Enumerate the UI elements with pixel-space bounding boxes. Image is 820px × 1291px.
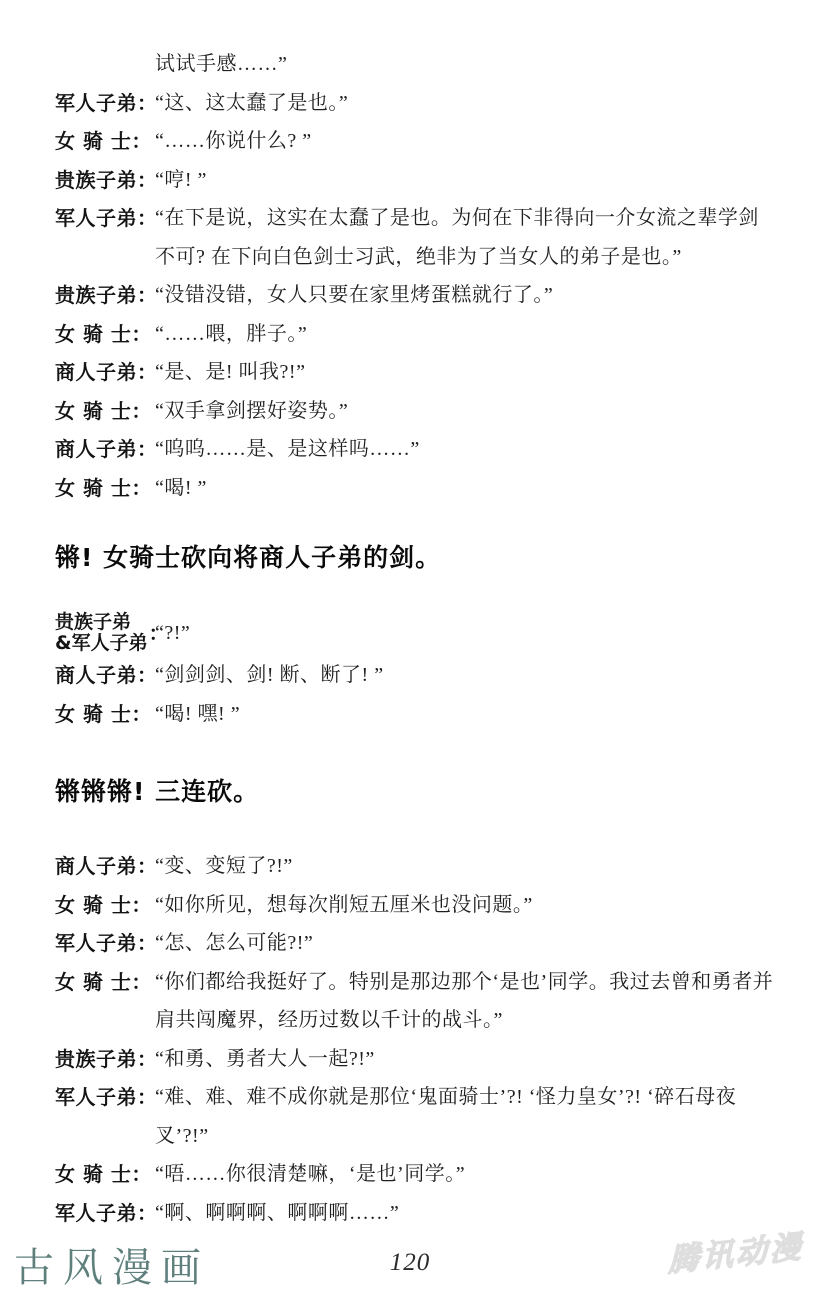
speaker-name: 女 骑 士： <box>55 1155 155 1194</box>
dialogue-content: 试试手感……”军人子弟：“这、这太蠢了是也。”女 骑 士：“……你说什么? ”贵… <box>0 0 820 1232</box>
dialogue-text: 试试手感……” <box>155 45 777 84</box>
dialogue-row: 女 骑 士：“你们都给我挺好了。特别是那边那个‘是也’同学。我过去曾和勇者并肩共… <box>55 963 777 1040</box>
speaker-name-lines: 贵族子弟&军人子弟 <box>55 612 148 654</box>
dialogue-block: 商人子弟：“变、变短了?!”女 骑 士：“如你所见，想每次削短五厘米也没问题。”… <box>55 847 777 1232</box>
dialogue-row: 军人子弟：“在下是说，这实在太蠢了是也。为何在下非得向一介女流之辈学剑不可? 在… <box>55 199 777 276</box>
dialogue-row: 女 骑 士：“唔……你很清楚嘛，‘是也’同学。” <box>55 1155 777 1194</box>
dialogue-text: “难、难、难不成你就是那位‘鬼面骑士’?! ‘怪力皇女’?! ‘碎石母夜叉’?!… <box>155 1078 777 1155</box>
speaker-name-line: &军人子弟 <box>55 633 148 654</box>
dialogue-row: 女 骑 士：“……喂，胖子。” <box>55 315 777 354</box>
dialogue-text: “和勇、勇者大人一起?!” <box>155 1040 777 1079</box>
dialogue-row: 贵族子弟&军人子弟：“?!” <box>55 610 777 656</box>
dialogue-text: “怎、怎么可能?!” <box>155 924 777 963</box>
speaker-name: 女 骑 士： <box>55 963 155 1002</box>
dialogue-row: 商人子弟：“变、变短了?!” <box>55 847 777 886</box>
speaker-name: 贵族子弟&军人子弟： <box>55 610 155 656</box>
speaker-name: 军人子弟： <box>55 199 155 238</box>
dialogue-text: “没错没错，女人只要在家里烤蛋糕就行了。” <box>155 276 777 315</box>
dialogue-text: “呜呜……是、是这样吗……” <box>155 430 777 469</box>
speaker-name: 军人子弟： <box>55 1194 155 1233</box>
dialogue-row: 贵族子弟：“没错没错，女人只要在家里烤蛋糕就行了。” <box>55 276 777 315</box>
speaker-name: 贵族子弟： <box>55 161 155 200</box>
dialogue-row: 贵族子弟：“和勇、勇者大人一起?!” <box>55 1040 777 1079</box>
dialogue-row: 商人子弟：“是、是! 叫我?!” <box>55 353 777 392</box>
speaker-name: 商人子弟： <box>55 656 155 695</box>
speaker-name: 女 骑 士： <box>55 392 155 431</box>
speaker-name: 军人子弟： <box>55 924 155 963</box>
dialogue-row: 试试手感……” <box>55 45 777 84</box>
dialogue-row: 商人子弟：“剑剑剑、剑! 断、断了! ” <box>55 656 777 695</box>
dialogue-row: 女 骑 士：“……你说什么? ” <box>55 122 777 161</box>
speaker-name: 商人子弟： <box>55 430 155 469</box>
dialogue-text: “你们都给我挺好了。特别是那边那个‘是也’同学。我过去曾和勇者并肩共闯魔界，经历… <box>155 963 777 1040</box>
speaker-name: 贵族子弟： <box>55 276 155 315</box>
dialogue-text: “喝! 嘿! ” <box>155 695 777 734</box>
page-number: 120 <box>390 1249 431 1277</box>
speaker-name: 女 骑 士： <box>55 695 155 734</box>
dialogue-text: “……你说什么? ” <box>155 122 777 161</box>
dialogue-text: “剑剑剑、剑! 断、断了! ” <box>155 656 777 695</box>
speaker-name: 女 骑 士： <box>55 315 155 354</box>
dialogue-text: “啊、啊啊啊、啊啊啊……” <box>155 1194 777 1233</box>
dialogue-row: 女 骑 士：“如你所见，想每次削短五厘米也没问题。” <box>55 886 777 925</box>
dialogue-row: 贵族子弟：“哼! ” <box>55 161 777 200</box>
speaker-name: 女 骑 士： <box>55 469 155 508</box>
brand-label: 古风漫画 <box>14 1236 210 1291</box>
dialogue-row: 军人子弟：“怎、怎么可能?!” <box>55 924 777 963</box>
speaker-name: 贵族子弟： <box>55 1040 155 1079</box>
dialogue-row: 女 骑 士：“双手拿剑摆好姿势。” <box>55 392 777 431</box>
speaker-name-line: 贵族子弟 <box>55 612 148 633</box>
dialogue-row: 女 骑 士：“喝! ” <box>55 469 777 508</box>
dialogue-row: 商人子弟：“呜呜……是、是这样吗……” <box>55 430 777 469</box>
dialogue-text: “是、是! 叫我?!” <box>155 353 777 392</box>
dialogue-text: “如你所见，想每次削短五厘米也没问题。” <box>155 886 777 925</box>
dialogue-text: “变、变短了?!” <box>155 847 777 886</box>
dialogue-row: 军人子弟：“啊、啊啊啊、啊啊啊……” <box>55 1194 777 1233</box>
dialogue-text: “双手拿剑摆好姿势。” <box>155 392 777 431</box>
dialogue-row: 军人子弟：“难、难、难不成你就是那位‘鬼面骑士’?! ‘怪力皇女’?! ‘碎石母… <box>55 1078 777 1155</box>
dialogue-row: 女 骑 士：“喝! 嘿! ” <box>55 695 777 734</box>
speaker-name: 军人子弟： <box>55 84 155 123</box>
dialogue-text: “唔……你很清楚嘛，‘是也’同学。” <box>155 1155 777 1194</box>
speaker-name: 女 骑 士： <box>55 122 155 161</box>
speaker-name: 商人子弟： <box>55 847 155 886</box>
dialogue-block: 试试手感……”军人子弟：“这、这太蠢了是也。”女 骑 士：“……你说什么? ”贵… <box>55 45 777 507</box>
dialogue-text: “……喂，胖子。” <box>155 315 777 354</box>
speaker-name: 女 骑 士： <box>55 886 155 925</box>
speaker-name: 军人子弟： <box>55 1078 155 1117</box>
dialogue-text: “喝! ” <box>155 469 777 508</box>
narration-heading: 锵! 女骑士砍向将商人子弟的剑。 <box>55 539 777 577</box>
narration-heading: 锵锵锵! 三连砍。 <box>55 773 777 811</box>
dialogue-text: “在下是说，这实在太蠢了是也。为何在下非得向一介女流之辈学剑不可? 在下向白色剑… <box>155 199 777 276</box>
speaker-name: 商人子弟： <box>55 353 155 392</box>
dialogue-text: “哼! ” <box>155 161 777 200</box>
novel-page: 试试手感……”军人子弟：“这、这太蠢了是也。”女 骑 士：“……你说什么? ”贵… <box>0 0 820 1291</box>
dialogue-text: “这、这太蠢了是也。” <box>155 84 777 123</box>
dialogue-row: 军人子弟：“这、这太蠢了是也。” <box>55 84 777 123</box>
dialogue-text: “?!” <box>155 610 777 656</box>
dialogue-block: 贵族子弟&军人子弟：“?!”商人子弟：“剑剑剑、剑! 断、断了! ”女 骑 士：… <box>55 610 777 733</box>
